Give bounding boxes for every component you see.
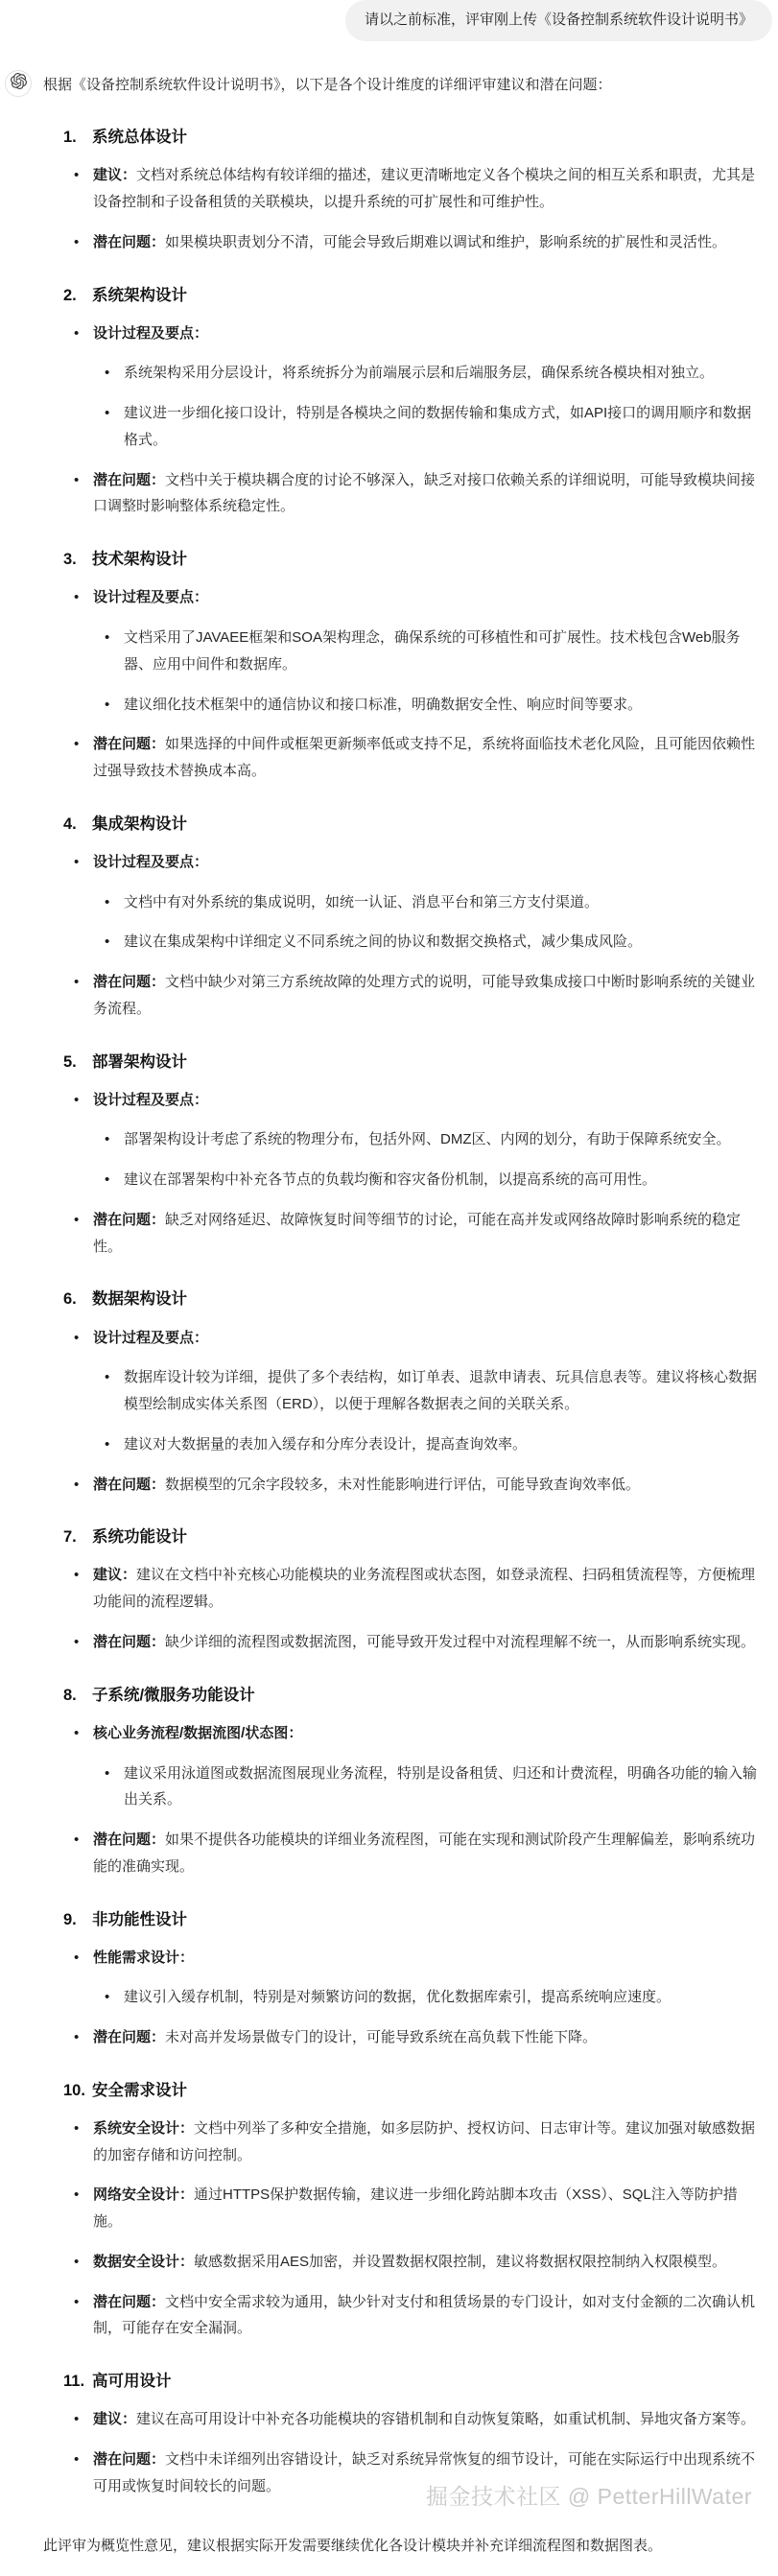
sub-bullet-text: 部署架构设计考虑了系统的物理分布，包括外网、DMZ区、内网的划分，有助于保障系统…	[124, 1126, 763, 1153]
bullet-label: 潜在问题：	[93, 1832, 165, 1848]
assistant-sections: 1.系统总体设计•建议：文档对系统总体结构有较详细的描述，建议更清晰地定义各个模…	[43, 127, 763, 2499]
section-number: 3.	[43, 549, 92, 571]
bullet-item: •潜在问题：缺少详细的流程图或数据流图，可能导致开发过程中对流程理解不统一，从而…	[43, 1629, 763, 1656]
bullet-dot: •	[105, 360, 124, 387]
review-section: 5.部署架构设计•设计过程及要点：•部署架构设计考虑了系统的物理分布，包括外网、…	[43, 1052, 763, 1261]
bullet-label: 设计过程及要点：	[93, 854, 208, 870]
bullet-item: •建议：文档对系统总体结构有较详细的描述，建议更清晰地定义各个模块之间的相互关系…	[43, 162, 763, 216]
section-number: 6.	[43, 1288, 92, 1311]
section-title: 集成架构设计	[92, 814, 763, 836]
bullet-dot: •	[74, 1827, 93, 1880]
section-title: 技术架构设计	[92, 549, 763, 571]
bullet-dot: •	[74, 849, 93, 876]
section-title: 子系统/微服务功能设计	[92, 1685, 763, 1707]
user-message-row: 请以之前标准，评审刚上传《设备控制系统软件设计说明书》	[0, 0, 778, 41]
sub-bullet-text: 建议引入缓存机制，特别是对频繁访问的数据，优化数据库索引，提高系统响应速度。	[124, 1984, 763, 2011]
review-section: 6.数据架构设计•设计过程及要点：•数据库设计较为详细，提供了多个表结构，如订单…	[43, 1288, 763, 1498]
sub-bullet-item: •数据库设计较为详细，提供了多个表结构，如订单表、退款申请表、玩具信息表等。建议…	[43, 1364, 763, 1418]
assistant-closing-text: 此评审为概览性意见，建议根据实际开发需要继续优化各设计模块并补充详细流程图和数据…	[43, 2533, 763, 2560]
review-section: 4.集成架构设计•设计过程及要点：•文档中有对外系统的集成说明，如统一认证、消息…	[43, 814, 763, 1023]
bullet-label: 性能需求设计：	[93, 1950, 194, 1966]
review-section: 2.系统架构设计•设计过程及要点：•系统架构采用分层设计，将系统拆分为前端展示层…	[43, 285, 763, 521]
bullet-dot: •	[74, 2446, 93, 2500]
bullet-dot: •	[74, 2289, 93, 2343]
bullet-item: •设计过程及要点：	[43, 1325, 763, 1352]
bullet-text: 网络安全设计：通过HTTPS保护数据传输，建议进一步细化跨站脚本攻击（XSS）、…	[93, 2182, 763, 2235]
bullet-label: 数据安全设计：	[93, 2254, 194, 2270]
bullet-dot: •	[74, 1945, 93, 1972]
bullet-text: 潜在问题：文档中关于模块耦合度的讨论不够深入，缺乏对接口依赖关系的详细说明，可能…	[93, 467, 763, 521]
bullet-label: 潜在问题：	[93, 472, 165, 488]
section-heading: 1.系统总体设计	[43, 127, 763, 149]
bullet-label: 网络安全设计：	[93, 2186, 194, 2203]
bullet-text: 性能需求设计：	[93, 1945, 763, 1972]
section-heading: 3.技术架构设计	[43, 549, 763, 571]
bullet-label: 设计过程及要点：	[93, 1330, 208, 1346]
bullet-dot: •	[74, 2115, 93, 2169]
bullet-text: 设计过程及要点：	[93, 849, 763, 876]
bullet-text: 设计过程及要点：	[93, 584, 763, 611]
bullet-dot: •	[74, 229, 93, 256]
bullet-dot: •	[74, 731, 93, 785]
section-heading: 4.集成架构设计	[43, 814, 763, 836]
review-section: 7.系统功能设计•建议：建议在文档中补充核心功能模块的业务流程图或状态图，如登录…	[43, 1526, 763, 1655]
bullet-item: •潜在问题：未对高并发场景做专门的设计，可能导致系统在高负载下性能下降。	[43, 2024, 763, 2051]
bullet-dot: •	[74, 162, 93, 216]
bullet-item: •潜在问题：如果不提供各功能模块的详细业务流程图，可能在实现和测试阶段产生理解偏…	[43, 1827, 763, 1880]
section-title: 系统架构设计	[92, 285, 763, 307]
bullet-dot: •	[74, 1325, 93, 1352]
bullet-label: 设计过程及要点：	[93, 589, 208, 605]
section-title: 高可用设计	[92, 2371, 763, 2393]
bullet-dot: •	[105, 1364, 124, 1418]
sub-bullet-item: •系统架构采用分层设计，将系统拆分为前端展示层和后端服务层，确保系统各模块相对独…	[43, 360, 763, 387]
sub-bullet-item: •文档中有对外系统的集成说明，如统一认证、消息平台和第三方支付渠道。	[43, 889, 763, 916]
bullet-dot: •	[74, 1720, 93, 1747]
bullet-dot: •	[74, 1087, 93, 1114]
bullet-item: •核心业务流程/数据流图/状态图：	[43, 1720, 763, 1747]
bullet-dot: •	[105, 692, 124, 719]
bullet-text: 潜在问题：缺乏对网络延迟、故障恢复时间等细节的讨论，可能在高并发或网络故障时影响…	[93, 1207, 763, 1261]
section-title: 数据架构设计	[92, 1288, 763, 1311]
section-title: 安全需求设计	[92, 2080, 763, 2102]
bullet-dot: •	[105, 1761, 124, 1814]
bullet-text: 潜在问题：未对高并发场景做专门的设计，可能导致系统在高负载下性能下降。	[93, 2024, 763, 2051]
section-title: 非功能性设计	[92, 1909, 763, 1931]
bullet-label: 潜在问题：	[93, 736, 165, 752]
bullet-dot: •	[105, 625, 124, 678]
bullet-dot: •	[105, 400, 124, 454]
assistant-intro-text: 根据《设备控制系统软件设计说明书》，以下是各个设计维度的详细评审建议和潜在问题：	[43, 72, 763, 99]
section-number: 2.	[43, 285, 92, 307]
assistant-message-row: 根据《设备控制系统软件设计说明书》，以下是各个设计维度的详细评审建议和潜在问题：…	[0, 41, 778, 2576]
bullet-item: •潜在问题：如果选择的中间件或框架更新频率低或支持不足，系统将面临技术老化风险，…	[43, 731, 763, 785]
bullet-dot: •	[74, 467, 93, 521]
section-heading: 10.安全需求设计	[43, 2080, 763, 2102]
bullet-item: •设计过程及要点：	[43, 584, 763, 611]
sub-bullet-text: 建议进一步细化接口设计，特别是各模块之间的数据传输和集成方式，如API接口的调用…	[124, 400, 763, 454]
bullet-dot: •	[74, 1629, 93, 1656]
bullet-text: 潜在问题：文档中缺少对第三方系统故障的处理方式的说明，可能导致集成接口中断时影响…	[93, 969, 763, 1023]
bullet-label: 设计过程及要点：	[93, 325, 208, 342]
section-number: 8.	[43, 1685, 92, 1707]
bullet-label: 设计过程及要点：	[93, 1092, 208, 1108]
openai-logo-icon	[11, 73, 27, 94]
sub-bullet-item: •部署架构设计考虑了系统的物理分布，包括外网、DMZ区、内网的划分，有助于保障系…	[43, 1126, 763, 1153]
bullet-text: 系统安全设计：文档中列举了多种安全措施，如多层防护、授权访问、日志审计等。建议加…	[93, 2115, 763, 2169]
bullet-text: 设计过程及要点：	[93, 1325, 763, 1352]
bullet-dot: •	[105, 929, 124, 956]
section-heading: 7.系统功能设计	[43, 1526, 763, 1548]
bullet-dot: •	[74, 2249, 93, 2276]
sub-bullet-text: 建议采用泳道图或数据流图展现业务流程，特别是设备租赁、归还和计费流程，明确各功能…	[124, 1761, 763, 1814]
bullet-item: •潜在问题：如果模块职责划分不清，可能会导致后期难以调试和维护，影响系统的扩展性…	[43, 229, 763, 256]
bullet-label: 建议：	[93, 2411, 136, 2427]
sub-bullet-item: •建议引入缓存机制，特别是对频繁访问的数据，优化数据库索引，提高系统响应速度。	[43, 1984, 763, 2011]
bullet-label: 潜在问题：	[93, 2029, 165, 2045]
bullet-item: •建议：建议在高可用设计中补充各功能模块的容错机制和自动恢复策略，如重试机制、异…	[43, 2406, 763, 2433]
section-number: 10.	[43, 2080, 92, 2102]
bullet-text: 潜在问题：缺少详细的流程图或数据流图，可能导致开发过程中对流程理解不统一，从而影…	[93, 1629, 763, 1656]
bullet-text: 潜在问题：数据模型的冗余字段较多，未对性能影响进行评估，可能导致查询效率低。	[93, 1472, 763, 1499]
bullet-label: 建议：	[93, 1567, 136, 1583]
sub-bullet-text: 数据库设计较为详细，提供了多个表结构，如订单表、退款申请表、玩具信息表等。建议将…	[124, 1364, 763, 1418]
sub-bullet-text: 文档采用了JAVAEE框架和SOA架构理念，确保系统的可移植性和可扩展性。技术栈…	[124, 625, 763, 678]
sub-bullet-item: •文档采用了JAVAEE框架和SOA架构理念，确保系统的可移植性和可扩展性。技术…	[43, 625, 763, 678]
bullet-dot: •	[105, 1167, 124, 1193]
bullet-label: 建议：	[93, 167, 136, 183]
bullet-text: 核心业务流程/数据流图/状态图：	[93, 1720, 763, 1747]
bullet-item: •潜在问题：文档中关于模块耦合度的讨论不够深入，缺乏对接口依赖关系的详细说明，可…	[43, 467, 763, 521]
bullet-dot: •	[105, 1431, 124, 1458]
bullet-dot: •	[74, 2024, 93, 2051]
section-title: 部署架构设计	[92, 1052, 763, 1074]
bullet-label: 潜在问题：	[93, 2294, 165, 2310]
sub-bullet-item: •建议采用泳道图或数据流图展现业务流程，特别是设备租赁、归还和计费流程，明确各功…	[43, 1761, 763, 1814]
section-number: 4.	[43, 814, 92, 836]
review-section: 1.系统总体设计•建议：文档对系统总体结构有较详细的描述，建议更清晰地定义各个模…	[43, 127, 763, 255]
bullet-item: •数据安全设计：敏感数据采用AES加密，并设置数据权限控制，建议将数据权限控制纳…	[43, 2249, 763, 2276]
bullet-label: 潜在问题：	[93, 1634, 165, 1650]
bullet-item: •潜在问题：缺乏对网络延迟、故障恢复时间等细节的讨论，可能在高并发或网络故障时影…	[43, 1207, 763, 1261]
bullet-dot: •	[105, 1126, 124, 1153]
bullet-text: 数据安全设计：敏感数据采用AES加密，并设置数据权限控制，建议将数据权限控制纳入…	[93, 2249, 763, 2276]
review-section: 3.技术架构设计•设计过程及要点：•文档采用了JAVAEE框架和SOA架构理念，…	[43, 549, 763, 785]
bullet-dot: •	[74, 1472, 93, 1499]
bullet-item: •设计过程及要点：	[43, 849, 763, 876]
bullet-item: •潜在问题：文档中缺少对第三方系统故障的处理方式的说明，可能导致集成接口中断时影…	[43, 969, 763, 1023]
bullet-item: •网络安全设计：通过HTTPS保护数据传输，建议进一步细化跨站脚本攻击（XSS）…	[43, 2182, 763, 2235]
sub-bullet-text: 建议细化技术框架中的通信协议和接口标准，明确数据安全性、响应时间等要求。	[124, 692, 763, 719]
bullet-dot: •	[74, 320, 93, 347]
sub-bullet-item: •建议在集成架构中详细定义不同系统之间的协议和数据交换格式，减少集成风险。	[43, 929, 763, 956]
section-heading: 11.高可用设计	[43, 2371, 763, 2393]
section-number: 7.	[43, 1526, 92, 1548]
bullet-item: •潜在问题：文档中未详细列出容错设计，缺乏对系统异常恢复的细节设计，可能在实际运…	[43, 2446, 763, 2500]
bullet-label: 潜在问题：	[93, 234, 165, 250]
bullet-text: 建议：文档对系统总体结构有较详细的描述，建议更清晰地定义各个模块之间的相互关系和…	[93, 162, 763, 216]
bullet-item: •潜在问题：文档中安全需求较为通用，缺少针对支付和租赁场景的专门设计，如对支付金…	[43, 2289, 763, 2343]
user-message-bubble: 请以之前标准，评审刚上传《设备控制系统软件设计说明书》	[345, 0, 772, 41]
assistant-avatar	[5, 70, 32, 97]
bullet-label: 潜在问题：	[93, 2451, 165, 2468]
assistant-message-content: 根据《设备控制系统软件设计说明书》，以下是各个设计维度的详细评审建议和潜在问题：…	[43, 66, 770, 2576]
sub-bullet-item: •建议细化技术框架中的通信协议和接口标准，明确数据安全性、响应时间等要求。	[43, 692, 763, 719]
bullet-item: •设计过程及要点：	[43, 1087, 763, 1114]
sub-bullet-text: 建议在集成架构中详细定义不同系统之间的协议和数据交换格式，减少集成风险。	[124, 929, 763, 956]
sub-bullet-text: 文档中有对外系统的集成说明，如统一认证、消息平台和第三方支付渠道。	[124, 889, 763, 916]
section-number: 11.	[43, 2371, 92, 2393]
bullet-dot: •	[74, 969, 93, 1023]
review-section: 10.安全需求设计•系统安全设计：文档中列举了多种安全措施，如多层防护、授权访问…	[43, 2080, 763, 2342]
bullet-text: 潜在问题：文档中未详细列出容错设计，缺乏对系统异常恢复的细节设计，可能在实际运行…	[93, 2446, 763, 2500]
section-heading: 2.系统架构设计	[43, 285, 763, 307]
bullet-dot: •	[74, 1207, 93, 1261]
bullet-text: 潜在问题：如果模块职责划分不清，可能会导致后期难以调试和维护，影响系统的扩展性和…	[93, 229, 763, 256]
sub-bullet-item: •建议在部署架构中补充各节点的负载均衡和容灾备份机制，以提高系统的高可用性。	[43, 1167, 763, 1193]
section-title: 系统总体设计	[92, 127, 763, 149]
bullet-text: 潜在问题：如果不提供各功能模块的详细业务流程图，可能在实现和测试阶段产生理解偏差…	[93, 1827, 763, 1880]
bullet-item: •性能需求设计：	[43, 1945, 763, 1972]
sub-bullet-item: •建议对大数据量的表加入缓存和分库分表设计，提高查询效率。	[43, 1431, 763, 1458]
sub-bullet-text: 系统架构采用分层设计，将系统拆分为前端展示层和后端服务层，确保系统各模块相对独立…	[124, 360, 763, 387]
bullet-item: •设计过程及要点：	[43, 320, 763, 347]
bullet-label: 潜在问题：	[93, 1477, 165, 1493]
bullet-text: 潜在问题：如果选择的中间件或框架更新频率低或支持不足，系统将面临技术老化风险，且…	[93, 731, 763, 785]
review-section: 8.子系统/微服务功能设计•核心业务流程/数据流图/状态图：•建议采用泳道图或数…	[43, 1685, 763, 1880]
bullet-label: 潜在问题：	[93, 1212, 165, 1228]
section-number: 5.	[43, 1052, 92, 1074]
section-number: 1.	[43, 127, 92, 149]
bullet-label: 潜在问题：	[93, 974, 165, 990]
sub-bullet-text: 建议在部署架构中补充各节点的负载均衡和容灾备份机制，以提高系统的高可用性。	[124, 1167, 763, 1193]
section-title: 系统功能设计	[92, 1526, 763, 1548]
bullet-dot: •	[105, 1984, 124, 2011]
bullet-label: 系统安全设计：	[93, 2120, 194, 2137]
bullet-dot: •	[74, 1562, 93, 1616]
section-heading: 9.非功能性设计	[43, 1909, 763, 1931]
sub-bullet-text: 建议对大数据量的表加入缓存和分库分表设计，提高查询效率。	[124, 1431, 763, 1458]
section-number: 9.	[43, 1909, 92, 1931]
bullet-dot: •	[74, 2406, 93, 2433]
section-heading: 5.部署架构设计	[43, 1052, 763, 1074]
section-heading: 6.数据架构设计	[43, 1288, 763, 1311]
bullet-text: 建议：建议在文档中补充核心功能模块的业务流程图或状态图，如登录流程、扫码租赁流程…	[93, 1562, 763, 1616]
bullet-text: 设计过程及要点：	[93, 1087, 763, 1114]
bullet-dot: •	[74, 584, 93, 611]
bullet-dot: •	[105, 889, 124, 916]
bullet-item: •潜在问题：数据模型的冗余字段较多，未对性能影响进行评估，可能导致查询效率低。	[43, 1472, 763, 1499]
bullet-text: 设计过程及要点：	[93, 320, 763, 347]
bullet-text: 潜在问题：文档中安全需求较为通用，缺少针对支付和租赁场景的专门设计，如对支付金额…	[93, 2289, 763, 2343]
bullet-item: •建议：建议在文档中补充核心功能模块的业务流程图或状态图，如登录流程、扫码租赁流…	[43, 1562, 763, 1616]
bullet-text: 建议：建议在高可用设计中补充各功能模块的容错机制和自动恢复策略，如重试机制、异地…	[93, 2406, 763, 2433]
sub-bullet-item: •建议进一步细化接口设计，特别是各模块之间的数据传输和集成方式，如API接口的调…	[43, 400, 763, 454]
bullet-label: 核心业务流程/数据流图/状态图：	[93, 1725, 302, 1741]
section-heading: 8.子系统/微服务功能设计	[43, 1685, 763, 1707]
review-section: 9.非功能性设计•性能需求设计：•建议引入缓存机制，特别是对频繁访问的数据，优化…	[43, 1909, 763, 2051]
review-section: 11.高可用设计•建议：建议在高可用设计中补充各功能模块的容错机制和自动恢复策略…	[43, 2371, 763, 2499]
bullet-dot: •	[74, 2182, 93, 2235]
bullet-item: •系统安全设计：文档中列举了多种安全措施，如多层防护、授权访问、日志审计等。建议…	[43, 2115, 763, 2169]
